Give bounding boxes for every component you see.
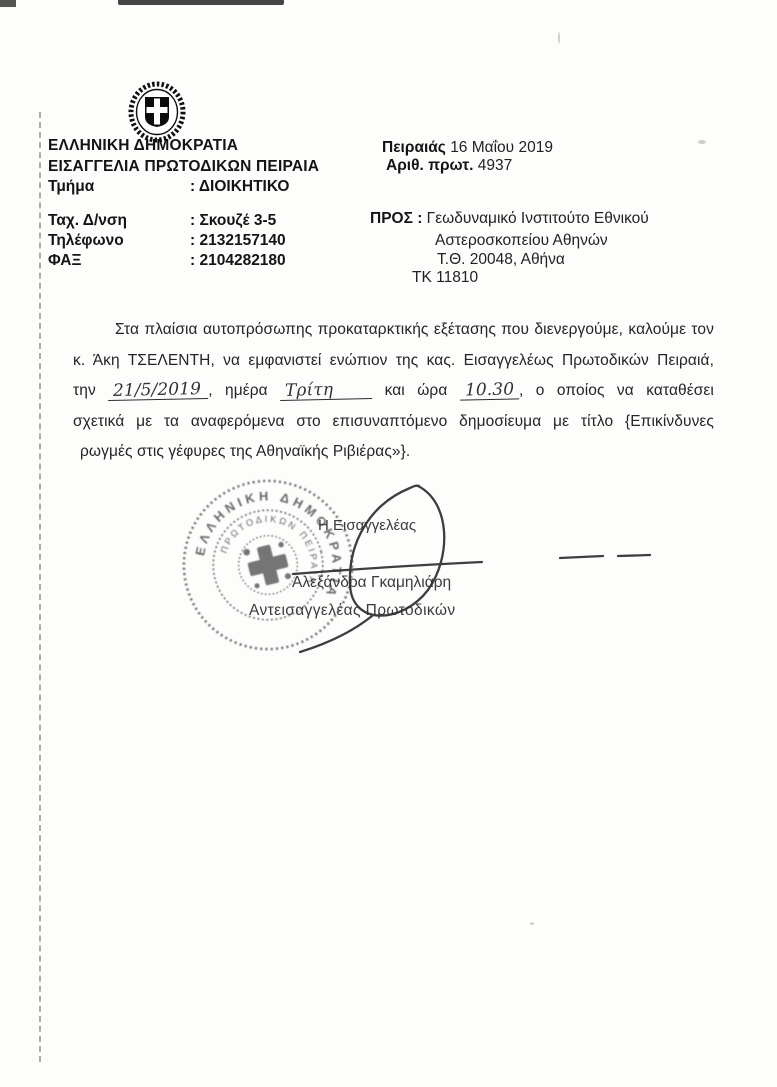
handwritten-day: Τρίτη [280,381,372,401]
office-title: ΕΙΣΑΓΓΕΛΙΑ ΠΡΩΤΟΔΙΚΩΝ ΠΕΙΡΑΙΑ [48,158,378,179]
date-value: 16 Μαΐου 2019 [450,139,553,156]
address-row: Ταχ. Δ/νση : Σκουζέ 3-5 [48,212,348,232]
scan-speck [698,140,706,144]
fold-line-artifact [39,112,41,1062]
protocol-line: Αριθ. πρωτ. 4937 [386,157,512,175]
protocol-number: 4937 [478,157,512,174]
department-row: Τμήμα : ΔΙΟΙΚΗΤΙΚΟ [48,178,348,198]
place-label: Πειραιάς [382,139,446,156]
phone-label: Τηλέφωνο [48,232,124,250]
body-line-5: ρωγμές στις γέφυρες της Αθηναϊκής Ριβιέρ… [73,437,714,468]
scan-speck [530,922,534,925]
body-line-3-mid1: , ημέρα [208,382,268,399]
recipient-line-1: ΠΡΟΣ : Γεωδυναμικό Ινστιτούτο Εθνικού [370,210,649,228]
body-line-3-pre: την [73,382,96,399]
scan-edge-artifact [118,0,284,5]
republic-title: ΕΛΛΗΝΙΚΗ ΔΗΜΟΚΡΑΤΙΑ [48,137,378,158]
scanned-letter-page: ΕΛΛΗΝΙΚΗ ΔΗΜΟΚΡΑΤΙΑ ΕΙΣΑΓΓΕΛΙΑ ΠΡΩΤΟΔΙΚΩ… [0,0,777,1087]
letter-body: Στα πλαίσια αυτοπρόσωπης προκαταρκτικής … [73,315,714,468]
body-line-3: την 21/5/2019, ημέρα Τρίτη και ώρα 10.30… [73,376,714,407]
address-value: : Σκουζέ 3-5 [190,212,276,230]
fax-row: ΦΑΞ : 2104282180 [48,252,348,272]
department-label: Τμήμα [48,178,94,196]
body-line-2: κ. Άκη ΤΣΕΛΕΝΤΗ, να εμφανιστεί ενώπιον τ… [73,346,714,377]
handwritten-date: 21/5/2019 [108,381,208,401]
fax-label: ΦΑΞ [48,252,81,270]
address-label: Ταχ. Δ/νση [48,212,127,230]
recipient-line-4: ΤΚ 11810 [412,269,478,287]
phone-row: Τηλέφωνο : 2132157140 [48,232,348,252]
signature-name: Αλεξάνδρα Γκαμηλιάρη [292,574,451,592]
protocol-label: Αριθ. πρωτ. [386,157,473,174]
stamp-center-emblem [243,540,293,590]
handwritten-time: 10.30 [460,381,520,400]
to-label: ΠΡΟΣ : [370,210,422,227]
department-value: : ΔΙΟΙΚΗΤΙΚΟ [190,178,289,196]
scan-edge-artifact [0,0,16,7]
contact-block: Ταχ. Δ/νση : Σκουζέ 3-5 Τηλέφωνο : 21321… [48,212,348,272]
round-official-stamp: ΕΛΛΗΝΙΚΗ ΔΗΜΟΚΡΑΤΙΑ ΠΡΩΤΟΔΙΚΩΝ ΠΕΙΡΑΙΑ [161,458,374,671]
body-line-3-mid2: και ώρα [385,382,448,399]
recipient-line-2: Αστεροσκοπείου Αθηνών [435,232,608,250]
scan-speck [558,32,560,44]
body-line-3-post: , ο οποίος να καταθέσει [519,382,714,399]
place-date-line: Πειραιάς 16 Μαΐου 2019 [382,139,553,157]
sender-header: ΕΛΛΗΝΙΚΗ ΔΗΜΟΚΡΑΤΙΑ ΕΙΣΑΓΓΕΛΙΑ ΠΡΩΤΟΔΙΚΩ… [48,137,378,178]
recipient-line-3: Τ.Θ. 20048, Αθήνα [437,251,565,269]
recipient-name: Γεωδυναμικό Ινστιτούτο Εθνικού [427,210,649,227]
fax-value: : 2104282180 [190,252,286,270]
phone-value: : 2132157140 [190,232,286,250]
body-line-4: σχετικά με τα αναφερόμενα στο επισυναπτό… [73,407,714,438]
body-line-1: Στα πλαίσια αυτοπρόσωπης προκαταρκτικής … [73,315,714,346]
